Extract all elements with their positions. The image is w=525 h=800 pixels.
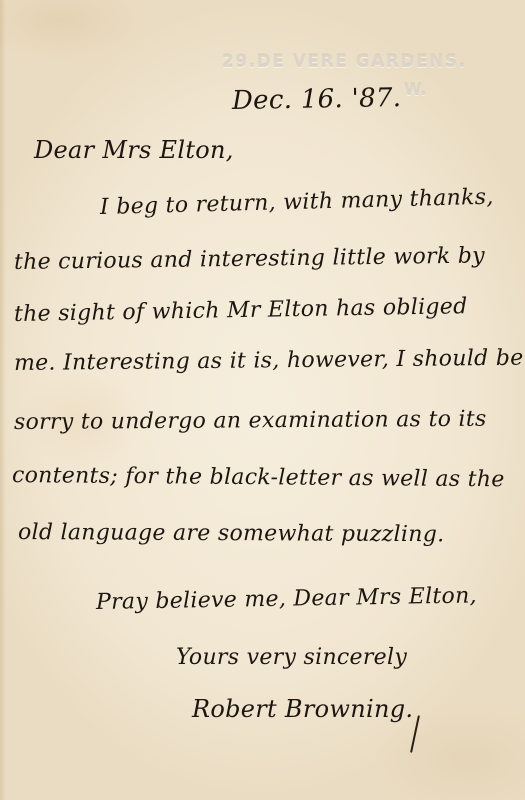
letter-signature: Robert Browning.: [192, 695, 413, 723]
body-line-7: old language are somewhat puzzling.: [18, 520, 445, 547]
letter-salutation: Dear Mrs Elton,: [34, 136, 234, 164]
body-line-2: the curious and interesting little work …: [14, 243, 485, 275]
body-line-5: sorry to undergo an examination as to it…: [14, 407, 487, 435]
body-line-3: the sight of which Mr Elton has obliged: [14, 294, 468, 327]
body-line-6: contents; for the black-letter as well a…: [12, 463, 505, 492]
letter-valediction: Yours very sincerely: [176, 645, 407, 670]
letter-page: 29.DE VERE GARDENS. W. Dec. 16. '87. Dea…: [0, 0, 525, 800]
letter-date: Dec. 16. '87.: [232, 83, 402, 116]
body-line-1: I beg to return, with many thanks,: [100, 185, 494, 220]
letter-closing: Pray believe me, Dear Mrs Elton,: [96, 583, 477, 615]
embossed-letterhead-district: W.: [404, 80, 426, 99]
paper-edge: [0, 0, 6, 800]
embossed-letterhead-address: 29.DE VERE GARDENS.: [222, 52, 467, 72]
body-line-4: me. Interesting as it is, however, I sho…: [14, 346, 524, 376]
